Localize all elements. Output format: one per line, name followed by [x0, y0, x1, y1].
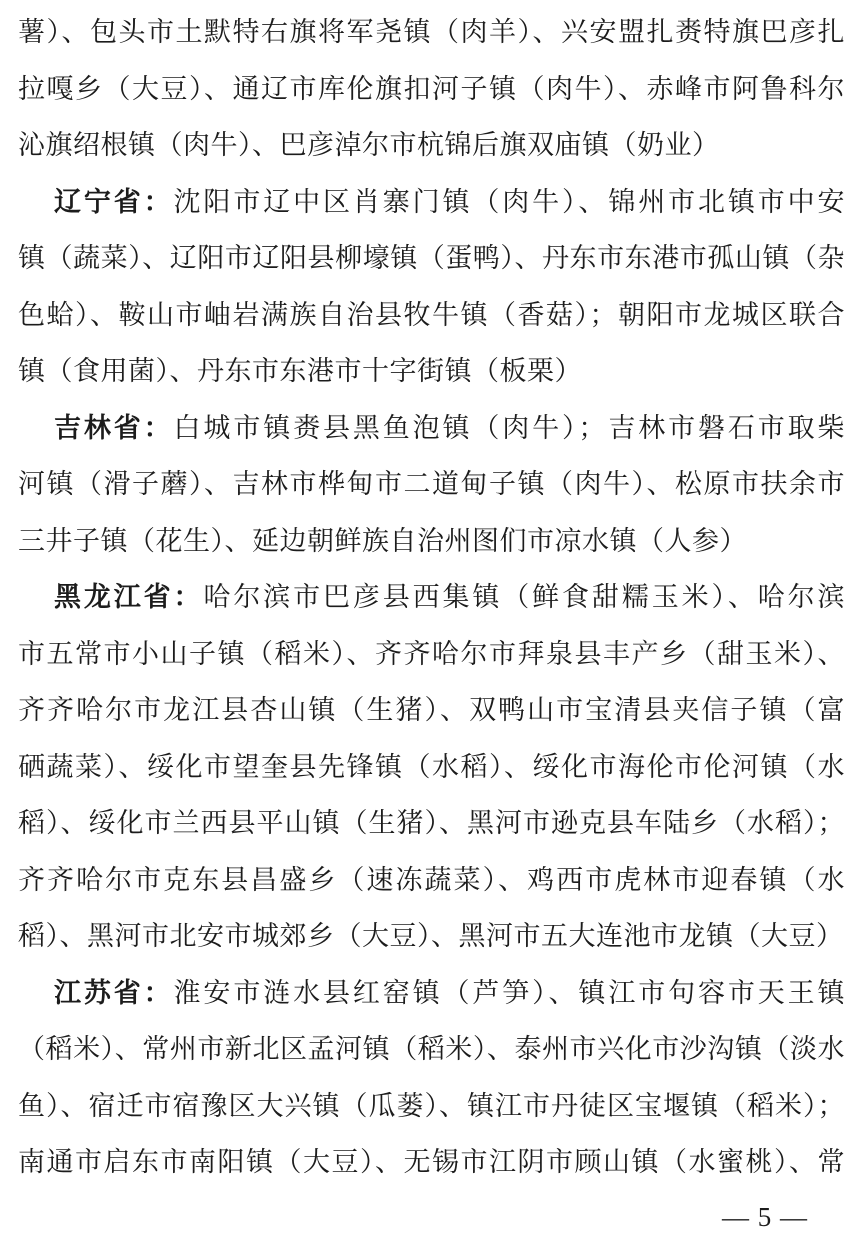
- text-line: 镇（食用菌）、丹东市东港市十字街镇（板栗）: [18, 343, 845, 400]
- document-page: 薯）、包头市土默特右旗将军尧镇（肉羊）、兴安盟扎赉特旗巴彦扎拉嘎乡（大豆）、通辽…: [0, 0, 861, 1250]
- line-text: 三井子镇（花生）、延边朝鲜族自治州图们市凉水镇（人参）: [18, 526, 747, 556]
- text-line: 硒蔬菜）、绥化市望奎县先锋镇（水稻）、绥化市海伦市伦河镇（水: [18, 739, 845, 796]
- document-body: 薯）、包头市土默特右旗将军尧镇（肉羊）、兴安盟扎赉特旗巴彦扎拉嘎乡（大豆）、通辽…: [18, 4, 845, 1191]
- text-line: 薯）、包头市土默特右旗将军尧镇（肉羊）、兴安盟扎赉特旗巴彦扎: [18, 4, 845, 61]
- text-line: 鱼）、宿迁市宿豫区大兴镇（瓜蒌）、镇江市丹徒区宝堰镇（稻米）；: [18, 1078, 845, 1135]
- line-text: 鱼）、宿迁市宿豫区大兴镇（瓜蒌）、镇江市丹徒区宝堰镇（稻米）；: [18, 1091, 845, 1121]
- line-text: 硒蔬菜）、绥化市望奎县先锋镇（水稻）、绥化市海伦市伦河镇（水: [18, 752, 845, 782]
- province-label: 黑龙江省：: [54, 582, 203, 612]
- line-text: 镇（蔬菜）、辽阳市辽阳县柳壕镇（蛋鸭）、丹东市东港市孤山镇（杂: [18, 243, 845, 273]
- text-line: 沁旗绍根镇（肉牛）、巴彦淖尔市杭锦后旗双庙镇（奶业）: [18, 117, 845, 174]
- text-line: 拉嘎乡（大豆）、通辽市库伦旗扣河子镇（肉牛）、赤峰市阿鲁科尔: [18, 61, 845, 118]
- text-line: 江苏省：淮安市涟水县红窑镇（芦笋）、镇江市句容市天王镇: [18, 965, 845, 1022]
- line-text: 哈尔滨市巴彦县西集镇（鲜食甜糯玉米）、哈尔滨: [203, 582, 845, 612]
- province-label: 辽宁省：: [54, 187, 174, 217]
- line-text: 稻）、黑河市北安市城郊乡（大豆）、黑河市五大连池市龙镇（大豆）: [18, 921, 844, 951]
- text-line: 三井子镇（花生）、延边朝鲜族自治州图们市凉水镇（人参）: [18, 513, 845, 570]
- text-line: （稻米）、常州市新北区孟河镇（稻米）、泰州市兴化市沙沟镇（淡水: [18, 1021, 845, 1078]
- text-line: 吉林省：白城市镇赉县黑鱼泡镇（肉牛）；吉林市磐石市取柴: [18, 400, 845, 457]
- line-text: 淮安市涟水县红窑镇（芦笋）、镇江市句容市天王镇: [174, 978, 845, 1008]
- text-line: 稻）、绥化市兰西县平山镇（生猪）、黑河市逊克县车陆乡（水稻）；: [18, 795, 845, 852]
- line-text: 沈阳市辽中区肖寨门镇（肉牛）、锦州市北镇市中安: [174, 187, 845, 217]
- line-text: 稻）、绥化市兰西县平山镇（生猪）、黑河市逊克县车陆乡（水稻）；: [18, 808, 845, 838]
- page-number: — 5 —: [700, 1200, 830, 1234]
- line-text: 市五常市小山子镇（稻米）、齐齐哈尔市拜泉县丰产乡（甜玉米）、: [18, 639, 845, 669]
- line-text: 白城市镇赉县黑鱼泡镇（肉牛）；吉林市磐石市取柴: [174, 413, 845, 443]
- line-text: 薯）、包头市土默特右旗将军尧镇（肉羊）、兴安盟扎赉特旗巴彦扎: [18, 17, 845, 47]
- text-line: 黑龙江省：哈尔滨市巴彦县西集镇（鲜食甜糯玉米）、哈尔滨: [18, 569, 845, 626]
- line-text: 齐齐哈尔市龙江县杏山镇（生猪）、双鸭山市宝清县夹信子镇（富: [18, 695, 845, 725]
- text-line: 齐齐哈尔市龙江县杏山镇（生猪）、双鸭山市宝清县夹信子镇（富: [18, 682, 845, 739]
- text-line: 南通市启东市南阳镇（大豆）、无锡市江阴市顾山镇（水蜜桃）、常: [18, 1134, 845, 1191]
- province-label: 江苏省：: [54, 978, 174, 1008]
- text-line: 市五常市小山子镇（稻米）、齐齐哈尔市拜泉县丰产乡（甜玉米）、: [18, 626, 845, 683]
- line-text: 齐齐哈尔市克东县昌盛乡（速冻蔬菜）、鸡西市虎林市迎春镇（水: [18, 865, 845, 895]
- line-text: 河镇（滑子蘑）、吉林市桦甸市二道甸子镇（肉牛）、松原市扶余市: [18, 469, 845, 499]
- text-line: 色蛤）、鞍山市岫岩满族自治县牧牛镇（香菇）；朝阳市龙城区联合: [18, 287, 845, 344]
- line-text: 南通市启东市南阳镇（大豆）、无锡市江阴市顾山镇（水蜜桃）、常: [18, 1147, 845, 1177]
- line-text: （稻米）、常州市新北区孟河镇（稻米）、泰州市兴化市沙沟镇（淡水: [18, 1034, 845, 1064]
- text-line: 辽宁省：沈阳市辽中区肖寨门镇（肉牛）、锦州市北镇市中安: [18, 174, 845, 231]
- line-text: 色蛤）、鞍山市岫岩满族自治县牧牛镇（香菇）；朝阳市龙城区联合: [18, 300, 845, 330]
- line-text: 拉嘎乡（大豆）、通辽市库伦旗扣河子镇（肉牛）、赤峰市阿鲁科尔: [18, 74, 845, 104]
- province-label: 吉林省：: [54, 413, 174, 443]
- text-line: 稻）、黑河市北安市城郊乡（大豆）、黑河市五大连池市龙镇（大豆）: [18, 908, 845, 965]
- line-text: 沁旗绍根镇（肉牛）、巴彦淖尔市杭锦后旗双庙镇（奶业）: [18, 130, 720, 160]
- text-line: 河镇（滑子蘑）、吉林市桦甸市二道甸子镇（肉牛）、松原市扶余市: [18, 456, 845, 513]
- text-line: 齐齐哈尔市克东县昌盛乡（速冻蔬菜）、鸡西市虎林市迎春镇（水: [18, 852, 845, 909]
- text-line: 镇（蔬菜）、辽阳市辽阳县柳壕镇（蛋鸭）、丹东市东港市孤山镇（杂: [18, 230, 845, 287]
- line-text: 镇（食用菌）、丹东市东港市十字街镇（板栗）: [18, 356, 582, 386]
